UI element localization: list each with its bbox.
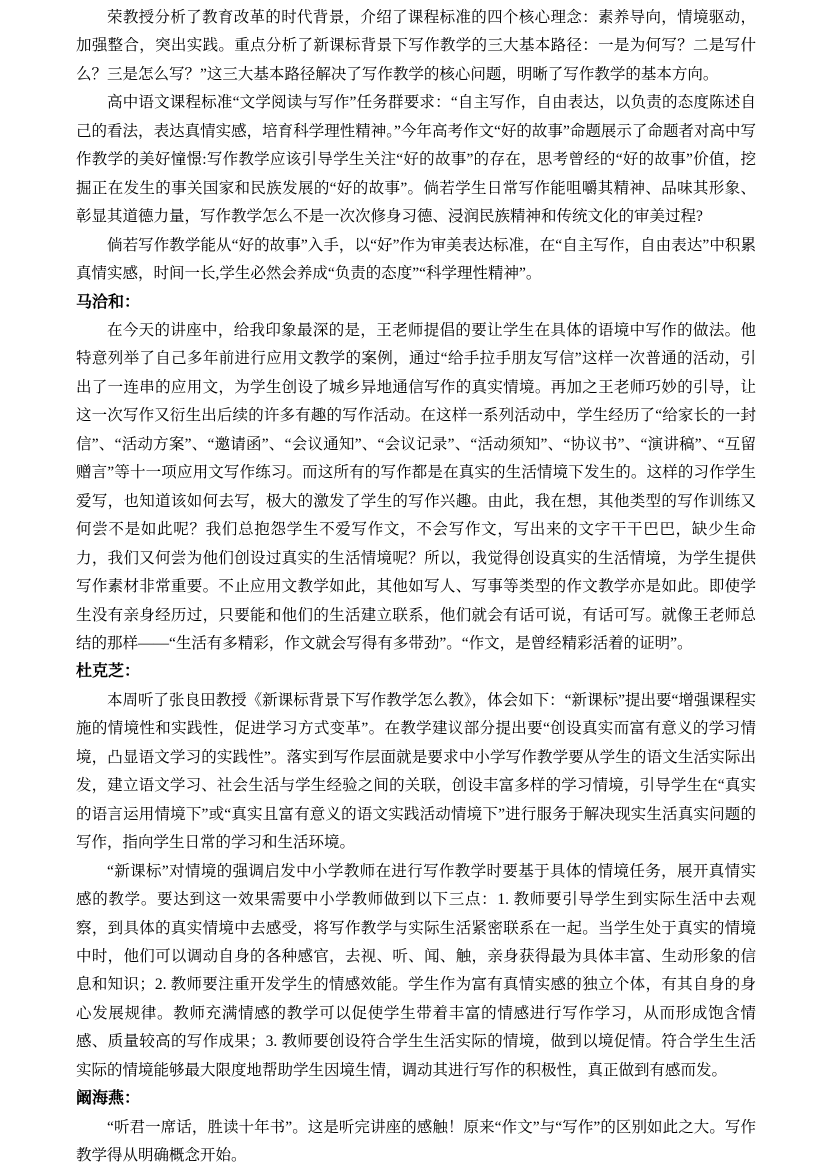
paragraph-du-kezhi-comment-2: “新课标”对情境的强调启发中小学教师在进行写作教学时要基于具体的情境任务，展开真… bbox=[76, 858, 756, 1086]
speaker-name-kan-haiyan: 阚海燕： bbox=[76, 1085, 756, 1113]
paragraph-du-kezhi-comment-1: 本周听了张良田教授《新课标背景下写作教学怎么教》，体会如下：“新课标”提出要“增… bbox=[76, 687, 756, 858]
speaker-name-du-kezhi: 杜克芝： bbox=[76, 658, 756, 686]
paragraph-curriculum-standard: 高中语文课程标准“文学阅读与写作”任务群要求：“自主写作，自由表达，以负责的态度… bbox=[76, 89, 756, 231]
speaker-name-ma-qiahe: 马洽和： bbox=[76, 289, 756, 317]
document-page: 荣教授分析了教育改革的时代背景，介绍了课程标准的四个核心理念：素养导向，情境驱动… bbox=[0, 0, 827, 1170]
paragraph-good-story: 倘若写作教学能从“好的故事”入手，以“好”作为审美表达标准，在“自主写作，自由表… bbox=[76, 232, 756, 289]
paragraph-ma-qiahe-comment: 在今天的讲座中，给我印象最深的是，王老师提倡的要让学生在具体的语境中写作的做法。… bbox=[76, 317, 756, 658]
paragraph-kan-haiyan-comment: “听君一席话，胜读十年书”。这是听完讲座的感触！原来“作文”与“写作”的区别如此… bbox=[76, 1114, 756, 1170]
paragraph-professor-summary: 荣教授分析了教育改革的时代背景，介绍了课程标准的四个核心理念：素养导向，情境驱动… bbox=[76, 4, 756, 89]
